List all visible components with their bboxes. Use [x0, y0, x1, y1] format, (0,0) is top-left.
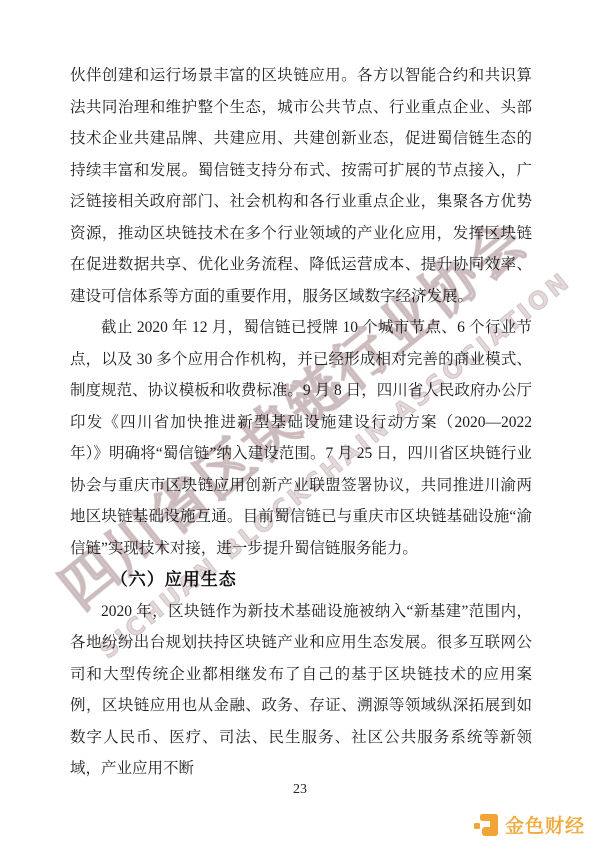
page-content: 伙伴创建和运行场景丰富的区块链应用。各方以智能合约和共识算法共同治理和维护整个生…: [70, 60, 532, 785]
paragraph-shuxin-chain-status: 截止 2020 年 12 月，蜀信链已授牌 10 个城市节点、6 个行业节点，以…: [70, 312, 532, 564]
jinse-brand-name: 金色财经: [505, 811, 585, 838]
document-page: 四川省区块链行业协会 SICHUAN BLOCKCHAIN ASSOCIATIO…: [0, 0, 600, 849]
page-number: 23: [0, 782, 600, 798]
paragraph-blockchain-ecosystem: 伙伴创建和运行场景丰富的区块链应用。各方以智能合约和共识算法共同治理和维护整个生…: [70, 60, 532, 312]
section-heading-application-ecosystem: （六）应用生态: [70, 564, 532, 596]
paragraph-application-ecosystem: 2020 年，区块链作为新技术基础设施被纳入“新基建”范围内，各地纷纷出台规划扶…: [70, 596, 532, 785]
jinse-logo-icon: [474, 811, 499, 838]
jinse-finance-logo: 金色财经: [474, 811, 585, 838]
